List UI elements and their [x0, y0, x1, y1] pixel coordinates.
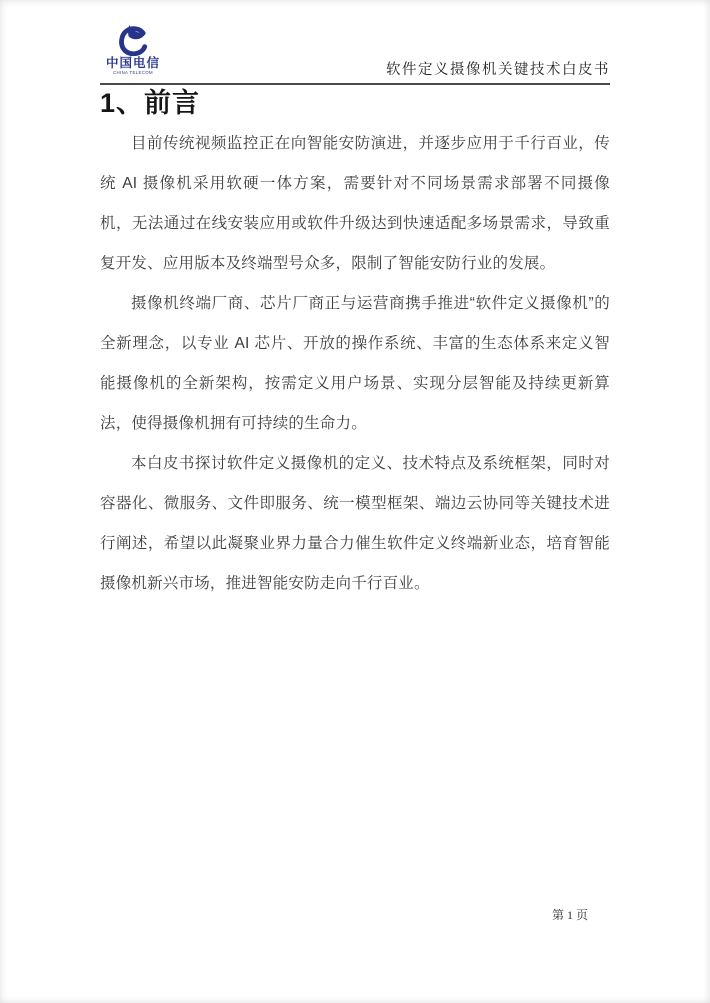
document-page: 中国电信 CHINA TELECOM 软件定义摄像机关键技术白皮书 1、前言 目… [0, 0, 710, 1003]
logo-name-en: CHINA TELECOM [111, 71, 156, 75]
logo-name-cn: 中国电信 [102, 57, 164, 70]
paragraph-2: 摄像机终端厂商、芯片厂商正与运营商携手推进“软件定义摄像机”的全新理念，以专业 … [100, 284, 610, 444]
china-telecom-emblem-icon [116, 24, 150, 56]
page-number: 第 1 页 [552, 906, 588, 923]
document-body: 1、前言 目前传统视频监控正在向智能安防演进，并逐步应用于千行百业，传统 AI … [100, 86, 610, 604]
page-header: 中国电信 CHINA TELECOM 软件定义摄像机关键技术白皮书 [100, 0, 610, 85]
paragraph-1: 目前传统视频监控正在向智能安防演进，并逐步应用于千行百业，传统 AI 摄像机采用… [100, 124, 610, 284]
paragraph-3: 本白皮书探讨软件定义摄像机的定义、技术特点及系统框架，同时对容器化、微服务、文件… [100, 444, 610, 604]
china-telecom-logo: 中国电信 CHINA TELECOM [102, 24, 164, 77]
header-doc-title: 软件定义摄像机关键技术白皮书 [386, 58, 610, 79]
section-title: 1、前言 [100, 86, 610, 120]
